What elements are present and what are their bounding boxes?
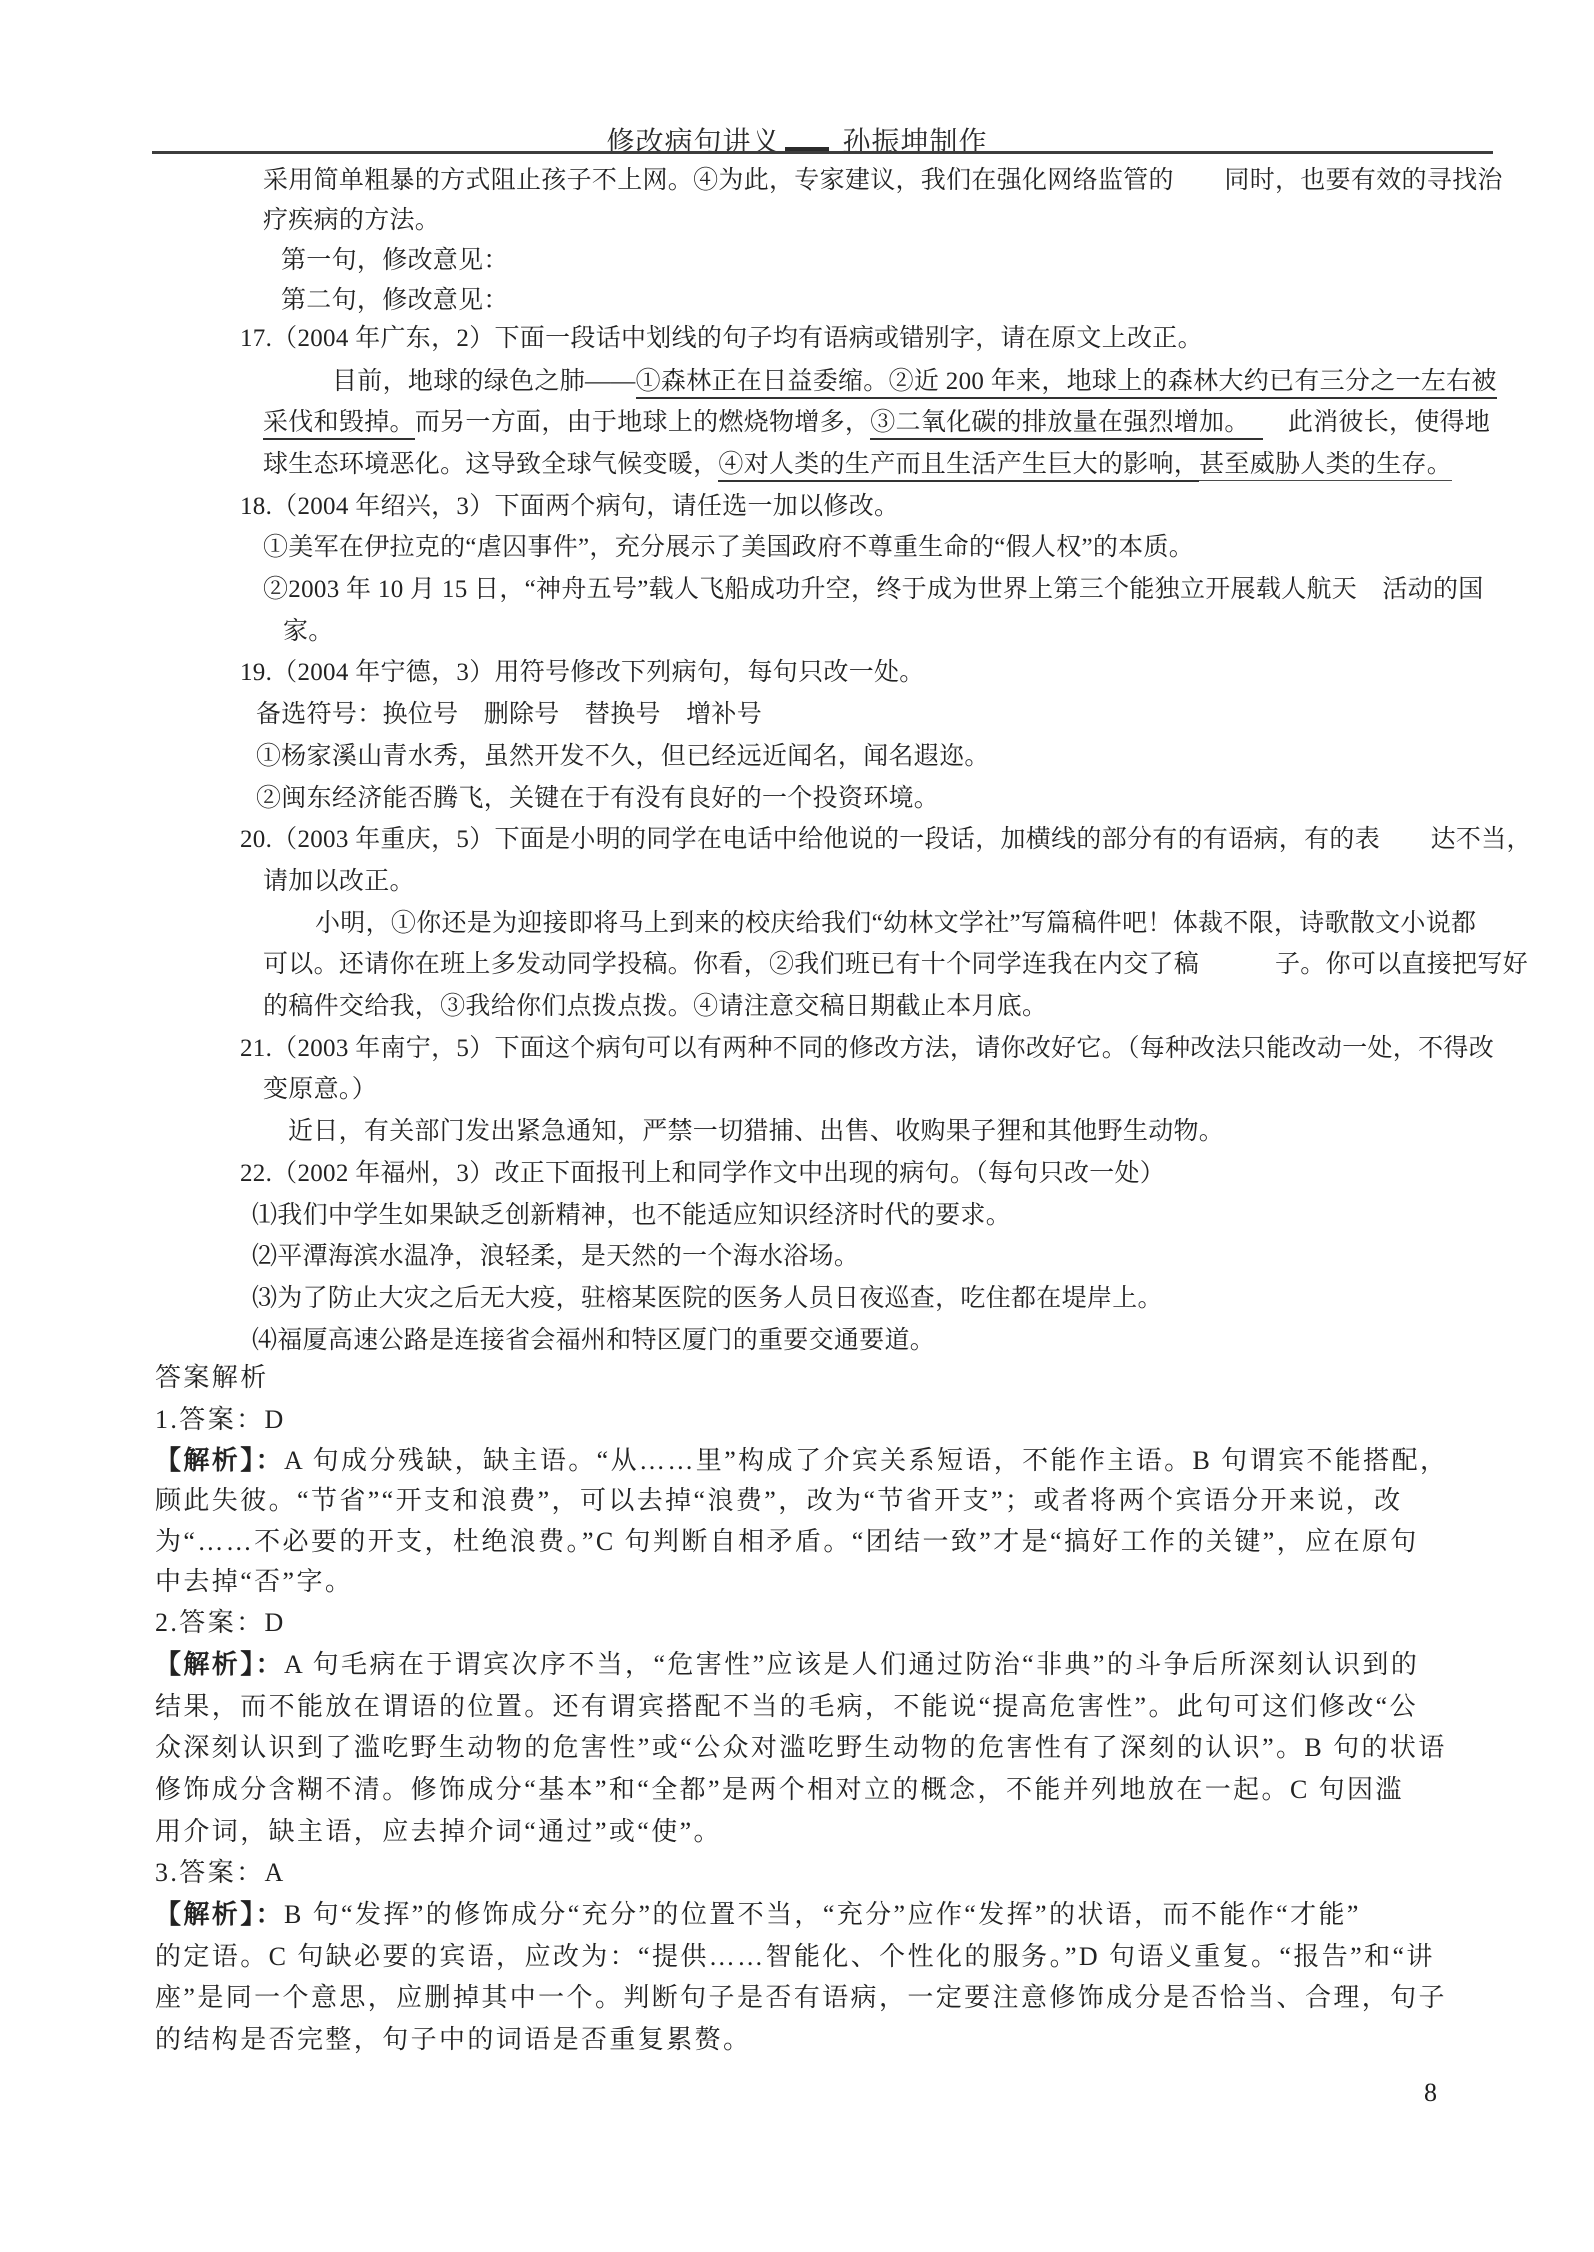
text-segment: 顾此失彼。“节省”“开支和浪费”，可以去掉“浪费”，改为“节省开支”；或者将两个… xyxy=(155,1486,1403,1515)
text-segment: ⑴我们中学生如果缺乏创新精神，也不能适应知识经济时代的要求。 xyxy=(252,1202,1011,1229)
text-segment: ⑶为了防止大灾之后无大疫，驻榕某医院的医务人员日夜巡查，吃住都在堤岸上。 xyxy=(252,1285,1163,1312)
text-segment: 备选符号：换位号 删除号 替换号 增补号 xyxy=(256,701,762,728)
q17-passage-line-2: 采伐和毁掉。而另一方面，由于地球上的燃烧物增多，③二氧化碳的排放量在强烈增加。 … xyxy=(263,403,1490,443)
q22-item-1: ⑴我们中学生如果缺乏创新精神，也不能适应知识经济时代的要求。 xyxy=(252,1196,1011,1236)
question-22-heading: 22.（2002 年福州，3）改正下面报刊上和同学作文中出现的病句。（每句只改一… xyxy=(240,1154,1165,1194)
q22-item-3: ⑶为了防止大灾之后无大疫，驻榕某医院的医务人员日夜巡查，吃住都在堤岸上。 xyxy=(252,1279,1163,1319)
underlined-text: ④对人类的生产而且生活产生巨大的影响， xyxy=(718,451,1199,482)
text-segment: 众深刻认识到了滥吃野生动物的危害性”或“公众对滥吃野生动物的危害性有了深刻的认识… xyxy=(155,1733,1447,1762)
q20-passage-line-3: 的稿件交给我，③我给你们点拨点拨。④请注意交稿日期截止本月底。 xyxy=(263,987,1047,1027)
answer-2-label: 2.答案：D xyxy=(155,1603,286,1643)
question-19-heading: 19.（2004 年宁德，3）用符号修改下列病句，每句只改一处。 xyxy=(240,653,925,693)
text-segment: 球生态环境恶化。这导致全球气候变暖， xyxy=(263,451,718,478)
text-segment: 此消彼长，使得地 xyxy=(1263,409,1491,436)
text-segment: 结果，而不能放在谓语的位置。还有谓宾搭配不当的毛病，不能说“提高危害性”。此句可… xyxy=(155,1692,1418,1721)
answer-2-analysis-line-5: 用介词，缺主语，应去掉介词“通过”或“使”。 xyxy=(155,1812,722,1852)
text-segment: 疗疾病的方法。 xyxy=(263,207,440,234)
underlined-text: ③二氧化碳的排放量在强烈增加。 xyxy=(870,409,1262,440)
question-20-heading-line-2: 请加以改正。 xyxy=(263,862,415,902)
underlined-text: 甚至威胁人类的生存。 xyxy=(1199,451,1452,481)
header-rule xyxy=(152,151,1493,154)
text-segment: 目前，地球的绿色之肺—— xyxy=(332,368,636,395)
answer-1-analysis-line-1: 【解析】：A 句成分残缺，缺主语。“从……里”构成了介宾关系短语，不能作主语。B… xyxy=(155,1441,1448,1481)
text-segment: A 句成分残缺，缺主语。“从……里”构成了介宾关系短语，不能作主语。B 句谓宾不… xyxy=(284,1446,1448,1475)
answer-3-analysis-line-2: 的定语。C 句缺必要的宾语，应改为：“提供……智能化、个性化的服务。”D 句语义… xyxy=(155,1937,1435,1977)
scanned-document-page: 修改病句讲义孙振坤制作 采用简单粗暴的方式阻止孩子不上网。④为此，专家建议，我们… xyxy=(0,0,1594,2252)
analysis-label: 【解析】： xyxy=(155,1446,284,1475)
text-segment: 小明，①你还是为迎接即将马上到来的校庆给我们“幼林文学社”写篇稿件吧！体裁不限，… xyxy=(315,910,1476,937)
text-segment: 3.答案：A xyxy=(155,1858,286,1887)
question-18-heading: 18.（2004 年绍兴，3）下面两个病句，请任选一加以修改。 xyxy=(240,487,899,527)
text-segment: 变原意。） xyxy=(263,1076,377,1103)
answer-2-analysis-line-2: 结果，而不能放在谓语的位置。还有谓宾搭配不当的毛病，不能说“提高危害性”。此句可… xyxy=(155,1687,1418,1727)
q16-paragraph-line-2: 疗疾病的方法。 xyxy=(263,201,440,241)
text-segment: 可以。还请你在班上多发动同学投稿。你看，②我们班已有十个同学连我在内交了稿 子。… xyxy=(263,951,1528,978)
answer-2-analysis-line-4: 修饰成分含糊不清。修饰成分“基本”和“全都”是两个相对立的概念，不能并列地放在一… xyxy=(155,1770,1404,1810)
underlined-text: ②近 200 年来，地球上的森林大约已有三分之一左右被 xyxy=(889,368,1497,399)
text-segment: 18.（2004 年绍兴，3）下面两个病句，请任选一加以修改。 xyxy=(240,493,899,520)
answer-2-analysis-line-3: 众深刻认识到了滥吃野生动物的危害性”或“公众对滥吃野生动物的危害性有了深刻的认识… xyxy=(155,1728,1447,1768)
text-segment: 家。 xyxy=(283,618,334,645)
q16-paragraph-line-1: 采用简单粗暴的方式阻止孩子不上网。④为此，专家建议，我们在强化网络监管的 同时，… xyxy=(263,161,1503,201)
q18-item-2-line-1: ②2003 年 10 月 15 日，“神舟五号”载人飞船成功升空，终于成为世界上… xyxy=(263,570,1484,610)
text-segment: ⑷福厦高速公路是连接省会福州和特区厦门的重要交通要道。 xyxy=(252,1327,935,1354)
answer-3-analysis-line-3: 座”是同一个意思，应删掉其中一个。判断句子是否有语病，一定要注意修饰成分是否恰当… xyxy=(155,1978,1447,2018)
text-segment: ①美军在伊拉克的“虐囚事件”，充分展示了美国政府不尊重生命的“假人权”的本质。 xyxy=(263,534,1194,561)
q19-symbol-list: 备选符号：换位号 删除号 替换号 增补号 xyxy=(256,695,762,735)
question-20-heading-line-1: 20.（2003 年重庆，5）下面是小明的同学在电话中给他说的一段话，加横线的部… xyxy=(240,820,1532,860)
text-segment: B 句“发挥”的修饰成分“充分”的位置不当，“充分”应作“发挥”的状语，而不能作… xyxy=(284,1900,1361,1929)
text-segment: 请加以改正。 xyxy=(263,868,415,895)
text-segment: 21.（2003 年南宁，5）下面这个病句可以有两种不同的修改方法，请你改好它。… xyxy=(240,1035,1494,1062)
text-segment: 而另一方面，由于地球上的燃烧物增多， xyxy=(415,409,870,436)
text-segment: 20.（2003 年重庆，5）下面是小明的同学在电话中给他说的一段话，加横线的部… xyxy=(240,826,1532,853)
q20-passage-line-2: 可以。还请你在班上多发动同学投稿。你看，②我们班已有十个同学连我在内交了稿 子。… xyxy=(263,945,1528,985)
q17-passage-line-3: 球生态环境恶化。这导致全球气候变暖，④对人类的生产而且生活产生巨大的影响，甚至威… xyxy=(263,445,1452,485)
q19-item-2: ②闽东经济能否腾飞，关键在于有没有良好的一个投资环境。 xyxy=(256,779,939,819)
analysis-label: 【解析】： xyxy=(155,1650,284,1679)
analysis-label: 【解析】： xyxy=(155,1900,284,1929)
q19-item-1: ①杨家溪山青水秀，虽然开发不久，但已经远近闻名，闻名遐迩。 xyxy=(256,737,990,777)
text-segment: 2.答案：D xyxy=(155,1608,286,1637)
text-segment: 22.（2002 年福州，3）改正下面报刊上和同学作文中出现的病句。（每句只改一… xyxy=(240,1160,1165,1187)
text-segment: A 句毛病在于谓宾次序不当，“危害性”应该是人们通过防治“非典”的斗争后所深刻认… xyxy=(284,1650,1419,1679)
answer-3-analysis-line-1: 【解析】：B 句“发挥”的修饰成分“充分”的位置不当，“充分”应作“发挥”的状语… xyxy=(155,1895,1361,1935)
page-header: 修改病句讲义孙振坤制作 xyxy=(0,120,1594,160)
q16-blank-sentence-1: 第一句，修改意见： xyxy=(281,241,509,281)
text-segment: ②2003 年 10 月 15 日，“神舟五号”载人飞船成功升空，终于成为世界上… xyxy=(263,576,1484,603)
text-segment: 用介词，缺主语，应去掉介词“通过”或“使”。 xyxy=(155,1817,722,1846)
q18-item-2-line-2: 家。 xyxy=(283,612,334,652)
answers-heading: 答案解析 xyxy=(155,1358,269,1398)
text-segment: 1.答案：D xyxy=(155,1405,286,1434)
text-segment: 第二句，修改意见： xyxy=(281,287,509,314)
answer-1-analysis-line-2: 顾此失彼。“节省”“开支和浪费”，可以去掉“浪费”，改为“节省开支”；或者将两个… xyxy=(155,1481,1403,1521)
q17-passage-line-1: 目前，地球的绿色之肺——①森林正在日益委缩。②近 200 年来，地球上的森林大约… xyxy=(332,362,1497,402)
q18-item-1: ①美军在伊拉克的“虐囚事件”，充分展示了美国政府不尊重生命的“假人权”的本质。 xyxy=(263,528,1194,568)
question-21-heading-line-1: 21.（2003 年南宁，5）下面这个病句可以有两种不同的修改方法，请你改好它。… xyxy=(240,1029,1494,1069)
answer-1-label: 1.答案：D xyxy=(155,1400,286,1440)
q16-blank-sentence-2: 第二句，修改意见： xyxy=(281,281,509,321)
q21-sentence: 近日，有关部门发出紧急通知，严禁一切猎捕、出售、收购果子狸和其他野生动物。 xyxy=(288,1112,1224,1152)
q22-item-2: ⑵平潭海滨水温净，浪轻柔，是天然的一个海水浴场。 xyxy=(252,1237,859,1277)
text-segment: 19.（2004 年宁德，3）用符号修改下列病句，每句只改一处。 xyxy=(240,659,925,686)
text-segment: 近日，有关部门发出紧急通知，严禁一切猎捕、出售、收购果子狸和其他野生动物。 xyxy=(288,1118,1224,1145)
text-segment: 第一句，修改意见： xyxy=(281,247,509,274)
q22-item-4: ⑷福厦高速公路是连接省会福州和特区厦门的重要交通要道。 xyxy=(252,1321,935,1361)
answer-1-analysis-line-4: 中去掉“否”字。 xyxy=(155,1562,353,1602)
answer-3-label: 3.答案：A xyxy=(155,1853,286,1893)
text-segment: 的结构是否完整，句子中的词语是否重复累赘。 xyxy=(155,2025,751,2054)
page-number: 8 xyxy=(1424,2078,1437,2108)
text-segment: ①杨家溪山青水秀，虽然开发不久，但已经远近闻名，闻名遐迩。 xyxy=(256,743,990,770)
text-segment: ⑵平潭海滨水温净，浪轻柔，是天然的一个海水浴场。 xyxy=(252,1243,859,1270)
text-segment: 座”是同一个意思，应删掉其中一个。判断句子是否有语病，一定要注意修饰成分是否恰当… xyxy=(155,1983,1447,2012)
text-segment: 的稿件交给我，③我给你们点拨点拨。④请注意交稿日期截止本月底。 xyxy=(263,993,1047,1020)
question-21-heading-line-2: 变原意。） xyxy=(263,1070,377,1110)
text-segment: 为“……不必要的开支，杜绝浪费。”C 句判断自相矛盾。“团结一致”才是“搞好工作… xyxy=(155,1527,1419,1556)
answer-2-analysis-line-1: 【解析】：A 句毛病在于谓宾次序不当，“危害性”应该是人们通过防治“非典”的斗争… xyxy=(155,1645,1419,1685)
text-segment: ②闽东经济能否腾飞，关键在于有没有良好的一个投资环境。 xyxy=(256,785,939,812)
text-segment: 修饰成分含糊不清。修饰成分“基本”和“全都”是两个相对立的概念，不能并列地放在一… xyxy=(155,1775,1404,1804)
text-segment: 的定语。C 句缺必要的宾语，应改为：“提供……智能化、个性化的服务。”D 句语义… xyxy=(155,1942,1435,1971)
underlined-text: ①森林正在日益委缩。 xyxy=(636,368,889,399)
question-17-heading: 17.（2004 年广东，2）下面一段话中划线的句子均有语病或错别字，请在原文上… xyxy=(240,319,1203,359)
q20-passage-line-1: 小明，①你还是为迎接即将马上到来的校庆给我们“幼林文学社”写篇稿件吧！体裁不限，… xyxy=(315,904,1476,944)
text-segment: 中去掉“否”字。 xyxy=(155,1567,353,1596)
text-segment: 采用简单粗暴的方式阻止孩子不上网。④为此，专家建议，我们在强化网络监管的 同时，… xyxy=(263,167,1503,194)
underlined-text: 采伐和毁掉。 xyxy=(263,409,415,440)
answer-3-analysis-line-4: 的结构是否完整，句子中的词语是否重复累赘。 xyxy=(155,2020,751,2060)
text-segment: 答案解析 xyxy=(155,1363,269,1392)
answer-1-analysis-line-3: 为“……不必要的开支，杜绝浪费。”C 句判断自相矛盾。“团结一致”才是“搞好工作… xyxy=(155,1522,1419,1562)
text-segment: 17.（2004 年广东，2）下面一段话中划线的句子均有语病或错别字，请在原文上… xyxy=(240,325,1203,352)
